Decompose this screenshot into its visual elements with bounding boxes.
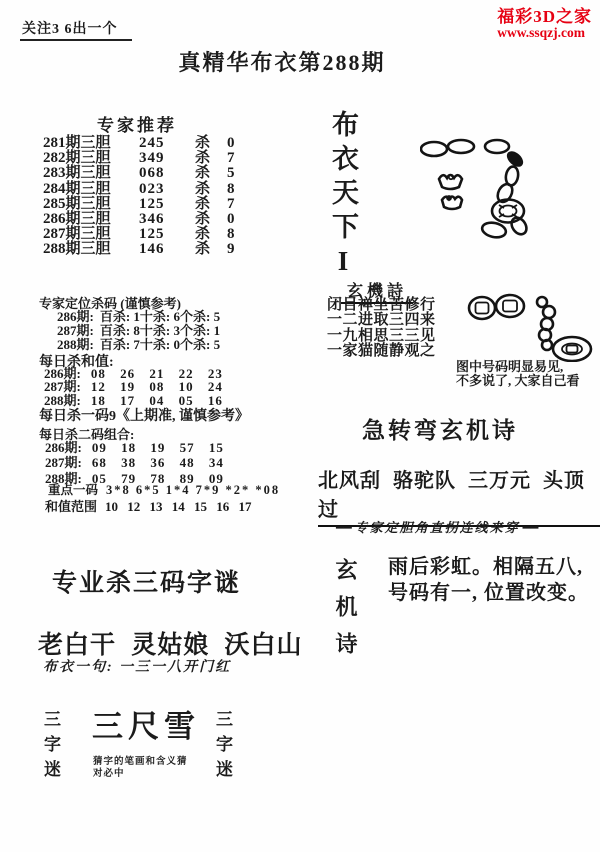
- row-issue: 281期三胆: [43, 136, 139, 151]
- dash-decoration: ━━: [523, 520, 539, 535]
- poem-line: 一二进取三四来: [327, 313, 436, 328]
- row-dan: 125: [139, 227, 185, 242]
- poem-line: 一九相思三三见: [327, 329, 436, 344]
- row-kill-num: 7: [227, 151, 235, 166]
- sum-range-value: 10 12 13 14 15 16 17: [105, 499, 252, 514]
- list-item: 286期:08 26 21 22 23: [44, 367, 223, 380]
- row-dan: 346: [139, 212, 185, 227]
- kill-three-code-riddle-title: 专业杀三码字谜: [52, 563, 241, 599]
- row-issue: 287期:: [45, 455, 82, 470]
- row-dan: 146: [139, 242, 185, 257]
- row-dan: 349: [139, 151, 185, 166]
- list-item: 286期:09 18 19 57 15: [45, 440, 224, 455]
- row-issue: 286期三胆: [43, 212, 139, 227]
- row-issue: 285期三胆: [43, 197, 139, 212]
- sum-range-label: 和值范围: [45, 499, 97, 514]
- riddle-hint-line1: 猜字的笔画和含义猜: [93, 756, 188, 768]
- table-row: 288期三胆146杀9: [43, 242, 235, 257]
- table-row: 284期三胆023杀8: [43, 182, 235, 197]
- row-text: 百杀: 8十杀: 3个杀: 1: [100, 324, 220, 338]
- table-row: 281期三胆245杀0: [43, 136, 235, 151]
- row-kill-label: 杀: [195, 242, 227, 257]
- key-one-code-label: 重点一码: [48, 483, 98, 497]
- row-kill-label: 杀: [195, 166, 227, 181]
- table-row: 286期三胆346杀0: [43, 212, 235, 227]
- positional-kill-rows: 286期:百杀: 1十杀: 6个杀: 5 287期:百杀: 8十杀: 3个杀: …: [57, 310, 220, 352]
- list-item: 287期:百杀: 8十杀: 3个杀: 1: [57, 324, 220, 338]
- row-issue: 283期三胆: [43, 166, 139, 181]
- row-kill-num: 8: [227, 182, 235, 197]
- poem-line: 号码有一, 位置改变。: [388, 580, 589, 606]
- row-issue: 287期:: [57, 324, 94, 338]
- expert-recommend-table: 281期三胆245杀0 282期三胆349杀7 283期三胆068杀5 284期…: [43, 136, 235, 258]
- dash-decoration: ━━: [336, 520, 352, 535]
- row-issue: 284期三胆: [43, 182, 139, 197]
- riddle-hint-line2: 对必中: [93, 768, 188, 780]
- row-kill-label: 杀: [195, 136, 227, 151]
- row-text: 百杀: 7十杀: 0个杀: 5: [100, 338, 220, 352]
- table-row: 283期三胆068杀5: [43, 166, 235, 181]
- coin-chain-drawing-1: [420, 135, 535, 239]
- drawing-caption: 图中号码明显易见, 不多说了, 大家自己看: [456, 360, 580, 388]
- row-kill-num: 5: [227, 166, 235, 181]
- site-logo: 福彩3D之家 www.ssqzj.com: [497, 8, 592, 40]
- row-kill-num: 0: [227, 212, 235, 227]
- row-kill-label: 杀: [195, 197, 227, 212]
- three-char-riddle-answer: 三尺雪: [92, 701, 200, 746]
- expert-recommend-title: 专家推荐: [97, 111, 177, 136]
- poem-line: 一家猫随静观之: [327, 344, 436, 359]
- watch-note: 关注3 6出一个: [20, 18, 132, 41]
- lottery-chart-page: 关注3 6出一个 真精华布衣第288期 福彩3D之家 www.ssqzj.com…: [0, 0, 600, 852]
- row-issue: 286期:: [45, 440, 82, 455]
- row-kill-num: 8: [227, 227, 235, 242]
- site-url: www.ssqzj.com: [497, 26, 592, 40]
- table-row: 285期三胆125杀7: [43, 197, 235, 212]
- row-kill-num: 9: [227, 242, 235, 257]
- list-item: 287期:12 19 08 10 24: [44, 380, 223, 393]
- row-numbers: 08 26 21 22 23: [91, 367, 223, 380]
- sum-range-line: 和值范围10 12 13 14 15 16 17: [45, 496, 252, 515]
- daily-kill-one-code: 每日杀一码9《上期准, 谨慎参考》: [39, 405, 249, 425]
- row-numbers: 09 18 19 57 15: [92, 440, 224, 455]
- expert-dan-note-text: 专家定胆角直拐连线来穿: [355, 520, 520, 535]
- row-dan: 245: [139, 136, 185, 151]
- row-issue: 288期:: [57, 338, 94, 352]
- row-kill-num: 0: [227, 136, 235, 151]
- row-kill-num: 7: [227, 197, 235, 212]
- mystic-poem-2-lines: 雨后彩虹。相隔五八, 号码有一, 位置改变。: [388, 554, 589, 606]
- poem-line: 雨后彩虹。相隔五八,: [388, 554, 589, 580]
- riddle-hint-note: 猜字的笔画和含义猜 对必中: [93, 756, 188, 780]
- row-issue: 287期:: [44, 380, 81, 393]
- row-dan: 068: [139, 166, 185, 181]
- buyi-sentence: 布衣一句: 一三一八开门红: [43, 656, 231, 676]
- sharp-turn-title: 急转弯玄机诗: [362, 412, 518, 445]
- three-char-riddle-label-left: 三字迷: [38, 710, 63, 785]
- row-numbers: 12 19 08 10 24: [91, 380, 223, 393]
- row-numbers: 68 38 36 48 34: [92, 455, 224, 470]
- coin-chain-drawing-2: [462, 286, 598, 362]
- site-name: 福彩3D之家: [497, 8, 592, 26]
- key-one-code-value: 3*8 6*5 1*4 7*9 *2* *08: [106, 483, 280, 497]
- buyi-tianxia-title: 布衣天下I: [324, 110, 363, 283]
- row-issue: 288期三胆: [43, 242, 139, 257]
- list-item: 286期:百杀: 1十杀: 6个杀: 5: [57, 310, 220, 324]
- row-issue: 286期:: [57, 310, 94, 324]
- row-kill-label: 杀: [195, 212, 227, 227]
- caption-line1: 图中号码明显易见,: [456, 360, 580, 374]
- three-char-riddle-label-right: 三字迷: [210, 710, 235, 785]
- row-dan: 023: [139, 182, 185, 197]
- list-item: 287期:68 38 36 48 34: [45, 455, 224, 470]
- expert-dan-note: ━━专家定胆角直拐连线来穿━━: [336, 517, 538, 536]
- caption-line2: 不多说了, 大家自己看: [456, 374, 580, 388]
- list-item: 288期:百杀: 7十杀: 0个杀: 5: [57, 338, 220, 352]
- page-title: 真精华布衣第288期: [0, 46, 582, 77]
- row-text: 百杀: 1十杀: 6个杀: 5: [100, 310, 220, 324]
- row-dan: 125: [139, 197, 185, 212]
- row-kill-label: 杀: [195, 182, 227, 197]
- daily-kill-sum-rows: 286期:08 26 21 22 23 287期:12 19 08 10 24 …: [44, 367, 223, 407]
- mystic-poem-lines: 闭目禅坐苦修行 一二进取三四来 一九相思三三见 一家猫随静观之: [327, 298, 436, 360]
- row-issue: 286期:: [44, 367, 81, 380]
- mystic-poem-2-title: 玄机诗: [330, 558, 361, 669]
